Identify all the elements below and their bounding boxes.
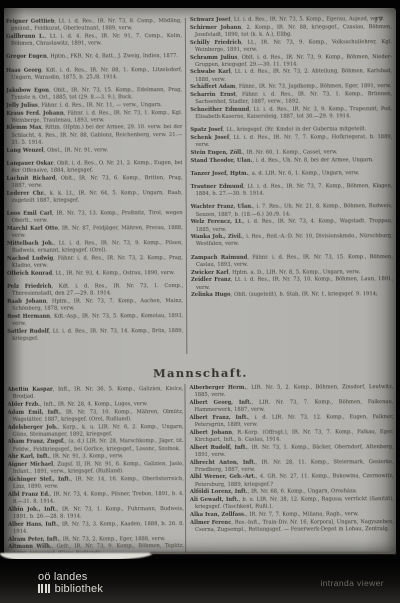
register-entry: Aichinger Stef., Inft., IR. Nr. 14, 16. …	[8, 476, 184, 491]
entry-surname: Langauer Oskar	[6, 160, 53, 166]
register-entry: Alberberger Herm., LIR. Nr. 5, 2. Komp.,…	[189, 384, 393, 399]
register-entry: Felgner Gottlieb, Lt. i. d. Res., IR. Nr…	[6, 18, 182, 33]
entry-surname: Albl Franz Ed.	[8, 492, 50, 498]
entry-details: , i. d. Res., Uh. Nr. 8, bei der Armee, …	[252, 157, 373, 164]
entry-details: , a. d. LIR. Nr. 6, 1. Komp., Ungarn, ve…	[248, 170, 359, 176]
entry-surname: Schwabe Karl	[190, 69, 231, 75]
register-entry: Marchl Karl Otto, IR. Nr. 87, Feldjäger,…	[7, 225, 183, 240]
scan-viewport: 17 Felgner Gottlieb, Lt. i. d. Res., IR.…	[0, 0, 400, 603]
register-entry: Jelly Julius, Fähnr. i. d. Res., IR. Nr.…	[6, 102, 182, 110]
register-entry: Haas Georg, Kdt. i. d. Res., IR. Nr. 88,…	[6, 67, 182, 82]
library-logo-line2: bibliothek	[38, 583, 103, 596]
scanned-page[interactable]: 17 Felgner Gottlieb, Lt. i. d. Res., IR.…	[4, 8, 396, 554]
entry-surname: Scharrin Ernst	[190, 92, 236, 98]
entry-surname: Tanzer Josef, Hptm.	[191, 171, 249, 177]
entry-surname: Rost Hermann	[7, 313, 50, 319]
register-entry: Ali Gewadt, Inft., b. u. LIR. Nr. 38, 12…	[190, 496, 394, 511]
library-logo-text: bibliothek	[55, 583, 103, 595]
entry-details: , Hptm. a. D., LIR. Nr. 8, 5. Komp., Ung…	[229, 269, 361, 276]
entry-surname: Altmann Wilh.	[8, 544, 52, 550]
entry-surname: Abeltin Kaspar	[7, 387, 52, 393]
entry-details: , Hptm., FKR. Nr. 4, Batt., J. Zweig, In…	[47, 53, 178, 60]
entry-surname: Schneither Edmund	[190, 107, 249, 113]
register-entry: Tanzer Josef, Hptm., a. d. LIR. Nr. 6, 1…	[191, 170, 393, 178]
register-entry: Albert Rudolf, Inft., IR. Nr. 73, 1. Kom…	[190, 444, 394, 459]
register-entry: Schramm Julius, Oblt. i. d. Res., IR. Nr…	[190, 54, 392, 69]
register-entry: Albert Johann, R.-Korp. (Offrsgt.), IR. …	[190, 429, 394, 444]
entry-surname: Sattler Rudolf	[7, 328, 49, 334]
register-entry: Albert Franz, Inft., i. d. LIR. Nr. 73, …	[190, 414, 394, 429]
register-entry: Alber Hans, Inft., IR. Nr. 73, 3. Komp.,…	[8, 521, 184, 536]
register-entry: Albin Joh., Inft., IR. Nr. 73, 1. Komp.,…	[8, 506, 184, 521]
entry-surname: Albert Georg, Inft.	[190, 400, 252, 406]
entry-surname: Gallbrunn L.	[6, 34, 45, 40]
register-entry: Raab Johann, Hptm., IR. Nr. 73, 7. Komp.…	[7, 298, 183, 313]
entry-surname: Loos Emil Carl	[7, 211, 52, 217]
register-entry: Scharrin Ernst, Fähnr. i. d. Res., IR. N…	[190, 91, 392, 106]
entry-surname: Alka Ivan, Zollfass.	[190, 512, 246, 518]
register-entry: Trautner Edmund, Lt. i. d. Res., IR. Nr.…	[191, 183, 393, 198]
entry-surname: Aigner Michael	[8, 462, 53, 468]
entry-details: , Fähnr. i. d. Res., IR. Nr. 11, — verw.…	[38, 102, 162, 109]
register-entry: Klemm Max, Rittm. (Hptm.) bei der Armee,…	[6, 125, 182, 147]
column-divider-rule-top	[185, 18, 187, 354]
register-entry: Allmer Ferenc, Res.-Inft., Train-Div. Nr…	[190, 519, 394, 534]
entry-surname: Jelly Julius	[6, 103, 38, 109]
viewer-footer-bar: oö landes bibliothek intranda viewer	[0, 559, 400, 603]
entry-surname: Stand Theodor, Ulan.	[190, 157, 252, 163]
register-entry: Lederer Chr., k. k. Lt., IR. Nr. 64, 5. …	[7, 190, 183, 205]
entry-surname: Lachnit Richard	[7, 175, 56, 181]
entry-surname: Kraus Ferd. Johann	[6, 110, 63, 116]
entry-surname: Spatz Josef	[190, 127, 222, 133]
entry-surname: Schenk Josef	[190, 135, 229, 141]
register-entry: Aigner Michael, Zugsf. II, IR. Nr. 91, 6…	[8, 461, 184, 476]
entry-surname: Aichinger Stef., Inft.	[8, 477, 71, 483]
register-entry: Schirmer Johann, 2. Komp., IR. Nr. 88, k…	[190, 24, 392, 39]
register-entry: Langauer Oskar, Oblt. i. d. Res., O. Nr.…	[6, 160, 182, 175]
entry-surname: Ahr Karl, Inft.	[8, 454, 50, 460]
mannschaft-right-column: Alberberger Herm., LIR. Nr. 5, 2. Komp.,…	[189, 384, 394, 552]
entry-surname: Allmer Ferenc	[190, 520, 231, 526]
register-entry: Pelz Friedrich, Kdt. i. d. Res., IR. Nr.…	[7, 283, 183, 298]
register-entry: Schilly Friedrich, Lt., IR. Nr. 73, 9. K…	[190, 39, 392, 54]
entry-surname: Trautner Edmund	[191, 184, 244, 190]
register-entry: Zeidler Franz, Lt. i. d. Res., IR. Nr. 7…	[191, 276, 393, 291]
entry-details: , Oblt. (zugeteilt), b. Stab, IR. Nr. 1,…	[231, 291, 378, 298]
register-entry: Albrecht Anton, Inft., IR. Nr. 28, 11. K…	[190, 459, 394, 474]
entry-surname: Schirmer Johann	[190, 25, 241, 31]
register-entry: Aham Franz, Zugsf., (a. d.) LIR. Nr. 28,…	[8, 438, 184, 453]
entry-details: , Lt. i. d. Res., IR. Nr. 73, 5. Komp., …	[230, 16, 384, 23]
entry-surname: Olbrich Konrad	[7, 270, 52, 276]
viewer-brand-label: intranda viewer	[320, 578, 384, 588]
entry-surname: Klemm Max	[6, 125, 41, 131]
entry-surname: Alföldi Lorenz, Inft.	[190, 489, 248, 495]
library-logo-line1: oö landes	[38, 571, 103, 583]
entry-surname: Raab Johann	[7, 298, 46, 304]
entry-surname: Felgner Gottlieb	[6, 19, 54, 25]
register-entry: Nachod Ludwig, Fähnr. i. d. Res., IR. Nr…	[7, 255, 183, 270]
entry-surname: Schwarz Josef	[190, 17, 231, 23]
entry-details: , Lt., IR. Nr. 93, 4. Komp., Ostrau, 189…	[52, 270, 175, 277]
entry-surname: Zwicker Karl	[191, 269, 229, 275]
entry-surname: Schäffert Adam	[190, 84, 235, 90]
register-entry: Zampach Raimund, Fähnr. i. d. Res., IR. …	[191, 254, 393, 269]
entry-surname: Lang Wenzel	[6, 147, 43, 153]
entry-surname: Schramm Julius	[190, 54, 237, 60]
entry-surname: Wachter Franz, Ulan.	[191, 204, 253, 210]
register-entry: Wanka Joh., Zivil., i. Res., Reit.-A.-D.…	[191, 233, 393, 248]
entry-surname: Aham Franz, Zugsf.	[8, 439, 65, 445]
register-entry: Schneither Edmund, Lt. i. d. Res., IR. N…	[190, 106, 392, 121]
entry-details: , Obst., IR. Nr. 91, verw.	[44, 147, 108, 153]
entry-surname: Albin Joh., Inft.	[8, 506, 57, 512]
section-heading-mannschaft: Mannschaft.	[4, 365, 396, 381]
entry-surname: Adam Emil, Inft.	[8, 409, 61, 415]
entry-details: , IR. Nr. 7, 7. Komp., Miliana, Ragb., v…	[246, 511, 359, 517]
library-bars-icon	[38, 584, 52, 596]
mannschaft-left-column: Abeltin Kaspar, Inft., IR. Nr. 36, 5. Ko…	[7, 386, 184, 553]
register-entry: Welz Ferencz, Lt., i. d. Res., IR. Nr. 7…	[191, 219, 393, 234]
register-entry: Gallbrunn L., Lt. i. d. 4. Res., IR. Nr.…	[6, 33, 182, 48]
column-divider-rule-bottom	[184, 384, 186, 552]
entry-surname: Haas Georg	[6, 67, 41, 73]
entry-surname: Albert Rudolf, Inft.	[190, 444, 247, 450]
officers-left-column: Felgner Gottlieb, Lt. i. d. Res., IR. Nr…	[6, 18, 183, 355]
entry-surname: Gregor Eugen	[6, 54, 47, 60]
entry-surname: Wanka Joh., Zivil.	[191, 234, 243, 240]
entry-surname: Welz Ferencz, Lt.	[191, 219, 243, 225]
register-entry: Sattler Rudolf, Lt. i. d. Res., IR. Nr. …	[7, 328, 183, 343]
entry-surname: Alram Peter, Inft.	[8, 536, 59, 542]
entry-details: , IR. Nr. 68, 6. Komp., Ungarn, Orosháza…	[247, 489, 357, 495]
register-entry: Kraus Ferd. Johann, Fähnr. i. d. Res., I…	[6, 110, 182, 125]
entry-surname: Albert Franz, Inft.	[190, 415, 249, 421]
register-entry: Abler Frzb., Inft., IR. Nr. 28, 4. Komp.…	[8, 401, 184, 409]
register-entry: Rost Hermann, Kdt.-Asp., IR. Nr. 73, 5. …	[7, 313, 183, 328]
entry-surname: Pelz Friedrich	[7, 283, 52, 289]
page-edge-shadow	[150, 552, 396, 554]
entry-details: , Fähnr., IR. Nr. 73, Jagdkomp., Böhmen,…	[235, 83, 391, 90]
entry-surname: Albrecht Anton, Inft.	[190, 459, 256, 465]
register-entry: Olbrich Konrad, Lt., IR. Nr. 93, 4. Komp…	[7, 270, 183, 278]
entry-surname: Alber Hans, Inft.	[8, 521, 58, 527]
entry-details: , Inft., IR. Nr. 28, 4. Komp., Lugos, ve…	[40, 401, 148, 407]
officers-right-column: Schwarz Josef, Lt. i. d. Res., IR. Nr. 7…	[190, 16, 393, 354]
register-entry: Loos Emil Carl, IR. Nr. 73, 13. Komp., P…	[7, 210, 183, 225]
entry-surname: Albert Johann	[190, 430, 232, 436]
entry-details: , IR. Nr. 91, 3. Komp., verw.	[49, 454, 123, 460]
page-content: 17 Felgner Gottlieb, Lt. i. d. Res., IR.…	[3, 7, 397, 555]
register-entry: Albert Georg, Inft., LIR. Nr. 73, 7. Kom…	[190, 399, 394, 414]
entry-surname: Marchl Karl Otto	[7, 225, 58, 231]
register-entry: Lang Wenzel, Obst., IR. Nr. 91, verw.	[6, 147, 182, 155]
entry-surname: Schilly Friedrich	[190, 39, 241, 45]
register-entry: Gregor Eugen, Hptm., FKR. Nr. 4, Batt., …	[6, 53, 182, 61]
register-entry: Adelsberger Joh., Korp., k. u. LIR. Nr. …	[8, 424, 184, 439]
entry-details: , Lt., kriegsgef. (Rr. Kmdo) in der Gube…	[223, 127, 367, 134]
register-entry: Albl Werner, Geb.-Art., 4. GR. Nr. 27, 1…	[190, 474, 394, 489]
register-entry: Adam Emil, Inft., IR. Nr. 73, 10. Komp.,…	[8, 409, 184, 424]
entry-surname: Zeidler Franz	[191, 277, 231, 283]
register-entry: Lachnit Richard, Oblt., IR. Nr. 73, 6. K…	[7, 175, 183, 190]
entry-surname: Adelsberger Joh.	[8, 424, 58, 430]
entry-surname: Alberberger Herm.	[189, 385, 246, 391]
register-entry: Abeltin Kaspar, Inft., IR. Nr. 36, 5. Ko…	[7, 386, 183, 401]
entry-surname: Albl Werner, Geb.-Art.	[190, 474, 256, 480]
entry-surname: Ali Gewadt, Inft.	[190, 497, 239, 503]
entry-surname: Stein Eugen, Zöll.	[190, 150, 242, 156]
register-entry: Stand Theodor, Ulan., i. d. Res., Uh. Nr…	[190, 157, 392, 165]
register-entry: Ahr Karl, Inft., IR. Nr. 91, 3. Komp., v…	[8, 453, 184, 461]
entry-details: , IR. Nr. 73, 2. Komp., Eger, 1888, verw…	[59, 536, 165, 542]
register-entry: Mittelbach Joh., Lt. i. d. Res., IR. Nr.…	[7, 240, 183, 255]
entry-surname: Jakubow Egon	[6, 88, 49, 94]
entry-surname: Zampach Raimund	[191, 254, 247, 260]
register-entry: Schwabe Karl, Lt. i. d. Res., IR. Nr. 73…	[190, 69, 392, 84]
register-entry: Zelinka Hugo, Oblt. (zugeteilt), b. Stab…	[191, 291, 393, 299]
entry-surname: Nachod Ludwig	[7, 255, 53, 261]
entry-surname: Zelinka Hugo	[191, 292, 231, 298]
entry-details: , IR. Nr. 60, 1. Komp., Cassel, verw.	[243, 149, 338, 155]
register-entry: Alram Peter, Inft., IR. Nr. 73, 2. Komp.…	[8, 536, 184, 544]
entry-surname: Lederer Chr.	[7, 190, 45, 196]
entry-surname: Abler Frzb.	[8, 402, 40, 408]
register-entry: Schenk Josef, Lt. i. d. Res., IR. Nr. 7,…	[190, 134, 392, 149]
library-logo: oö landes bibliothek	[38, 571, 103, 596]
register-entry: Wachter Franz, Ulan., i. 7. Res., Uh. Nr…	[191, 204, 393, 219]
register-entry: Jakubow Egon, Oblt., IR. Nr. 73, 15. Kom…	[6, 87, 182, 102]
entry-surname: Mittelbach Joh.	[7, 240, 54, 246]
register-entry: Albl Franz Ed., IR. Nr. 73, 4. Komp., Pi…	[8, 491, 184, 506]
